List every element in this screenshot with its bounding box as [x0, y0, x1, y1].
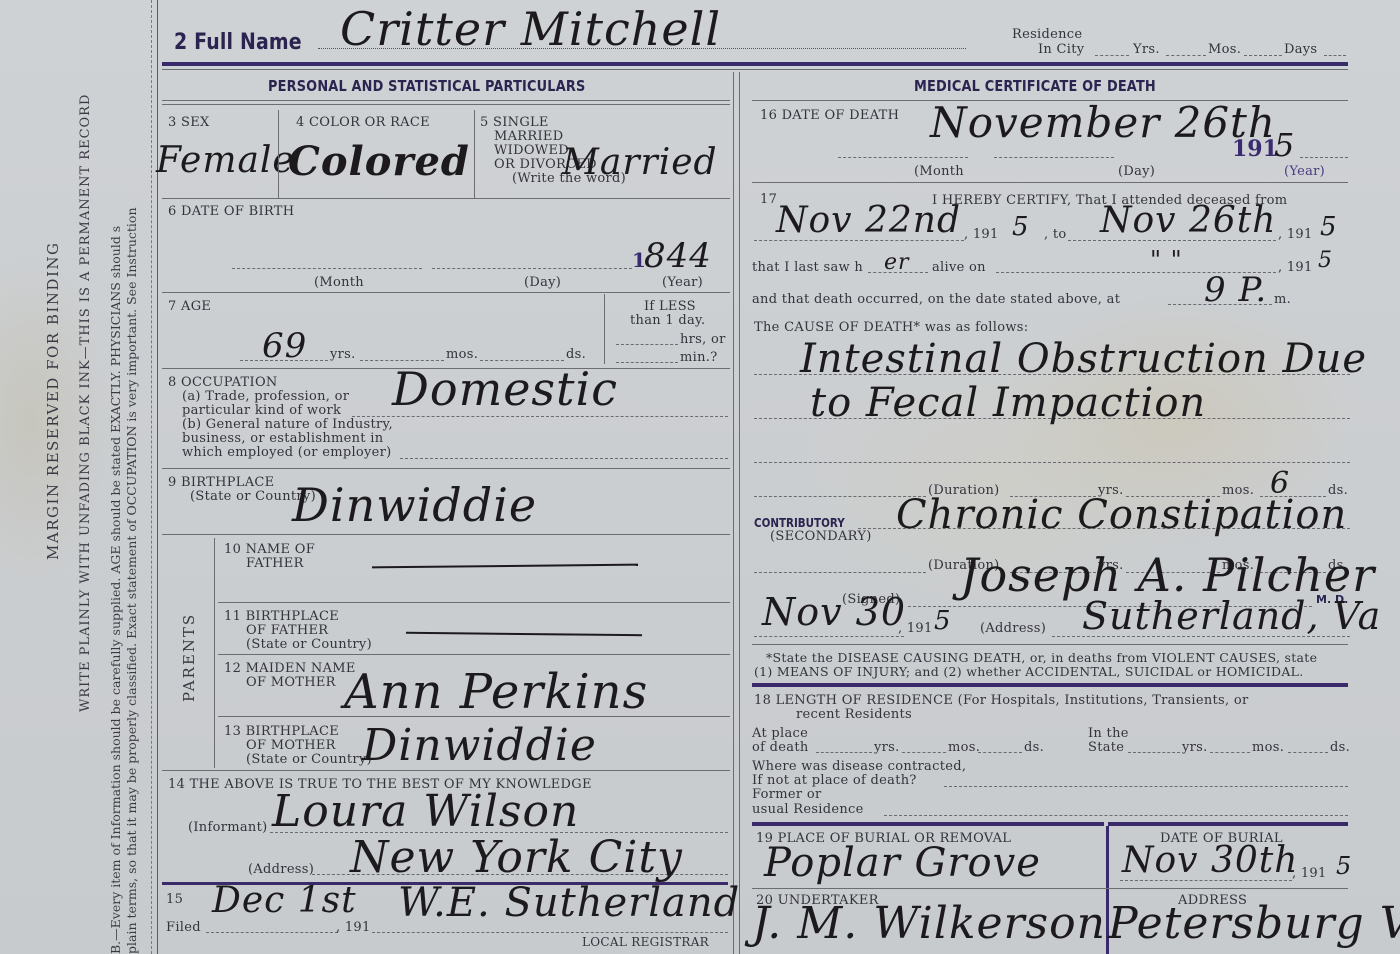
dod-month-line: [838, 157, 968, 158]
death-certificate-page: MARGIN RESERVED FOR BINDING WRITE PLAINL…: [0, 0, 1400, 954]
undertaker-address-value[interactable]: Petersburg Va: [1108, 898, 1400, 949]
residence-label-1: 18 LENGTH OF RESIDENCE (For Hospitals, I…: [754, 694, 1249, 708]
mother-name-value[interactable]: Ann Perkins: [344, 664, 648, 720]
physician-address-label: (Address): [980, 622, 1046, 636]
cause-line-2-value[interactable]: to Fecal Impaction: [810, 380, 1206, 426]
alive-on-year-printed: , 191: [1278, 261, 1313, 275]
dod-day-caption: (Day): [1118, 165, 1155, 179]
occupation-b-1: (b) General nature of Industry,: [182, 418, 393, 432]
former-residence-label-2: usual Residence: [752, 803, 864, 817]
alive-on-label: alive on: [932, 261, 986, 275]
contributory-value[interactable]: Chronic Constipation: [896, 492, 1347, 538]
mother-bp-label-1: 13 BIRTHPLACE: [224, 725, 339, 739]
row6-rule: [162, 292, 730, 293]
filed-date-line: [206, 932, 338, 933]
secondary-label: (SECONDARY): [770, 530, 872, 544]
filed-year-printed: , 191: [336, 921, 371, 935]
margin-binding-note: MARGIN RESERVED FOR BINDING: [44, 242, 62, 561]
full-name-label: 2 Full Name: [174, 30, 302, 55]
occupation-label: 8 OCCUPATION: [168, 376, 278, 390]
attended-to-year-printed: , 191: [1278, 228, 1313, 242]
margin-instructions-1: B.—Every item of Information should be c…: [108, 226, 123, 954]
row10-rule: [218, 602, 730, 603]
parents-divider: [214, 538, 215, 768]
less-min-line: [616, 362, 678, 363]
column-divider-2: [739, 72, 740, 954]
at-place-ds: ds.: [1024, 741, 1044, 755]
informant-value[interactable]: Loura Wilson: [272, 786, 579, 837]
filed-label: Filed: [166, 921, 201, 935]
age-yrs-label: yrs.: [330, 348, 356, 362]
mother-name-label-1: 12 MAIDEN NAME: [224, 662, 356, 676]
contracted-label-2: If not at place of death?: [752, 774, 917, 788]
age-mos-line: [360, 360, 444, 361]
in-city-yrs-label: Yrs.: [1133, 43, 1160, 57]
mother-bp-label-2: OF MOTHER: [246, 739, 336, 753]
margin-perforation: [151, 0, 152, 954]
attended-to-label: , to: [1044, 228, 1067, 242]
row9-rule: [162, 534, 730, 535]
margin-ink-notice: WRITE PLAINLY WITH UNFADING BLACK INK—TH…: [78, 94, 93, 712]
in-city-end-line: [1324, 55, 1346, 56]
sex-label: 3 SEX: [168, 116, 210, 130]
attended-to-value[interactable]: Nov 26th: [1100, 200, 1276, 241]
residence-rule-top: [752, 683, 1348, 687]
dob-month-line: [232, 268, 422, 269]
registrar-signature[interactable]: W.E. Sutherland: [398, 880, 740, 926]
dob-day-line: [432, 268, 632, 269]
burial-year-value[interactable]: 5: [1336, 852, 1352, 880]
in-state-ds: ds.: [1330, 741, 1350, 755]
alive-on-year-value[interactable]: 5: [1318, 248, 1333, 273]
last-saw-label: that I last saw h: [752, 261, 863, 275]
race-label: 4 COLOR OR RACE: [296, 116, 430, 130]
physician-address-value[interactable]: Sutherland, Va: [1082, 594, 1381, 638]
age-less-divider: [604, 294, 605, 364]
age-value[interactable]: 69: [262, 326, 307, 366]
at-place-mos-line: [902, 752, 946, 753]
less-min-label: min.?: [680, 351, 717, 365]
informant-label: (Informant): [188, 821, 267, 835]
burial-date-value[interactable]: Nov 30th: [1122, 840, 1298, 881]
medical-section-title: MEDICAL CERTIFICATE OF DEATH: [914, 77, 1156, 95]
father-name-value[interactable]: [372, 564, 638, 569]
occupation-b-2: business, or establishment in: [182, 432, 383, 446]
last-saw-pronoun-value[interactable]: er: [884, 250, 910, 275]
in-state-mos: mos.: [1252, 741, 1284, 755]
father-name-label-1: 10 NAME OF: [224, 543, 315, 557]
father-bp-label-2: OF FATHER: [246, 624, 328, 638]
father-bp-value[interactable]: [406, 632, 642, 636]
dod-year-line: [1300, 157, 1348, 158]
burial-place-value[interactable]: Poplar Grove: [764, 840, 1041, 886]
in-city-days-line: [1244, 55, 1282, 56]
father-bp-label-3: (State or Country): [246, 638, 372, 652]
occupation-b-line: [400, 458, 728, 459]
dod-month-day-value[interactable]: November 26th: [930, 98, 1276, 147]
occupation-a-2: particular kind of work: [182, 404, 341, 418]
in-city-yrs-line: [1095, 55, 1129, 56]
death-time-suffix: m.: [1274, 293, 1291, 307]
row5-rule: [162, 198, 730, 199]
age-mos-label: mos.: [446, 348, 478, 362]
full-name-value[interactable]: Critter Mitchell: [340, 2, 721, 56]
cause-line-1-value[interactable]: Intestinal Obstruction Due: [800, 336, 1367, 382]
signed-year-printed: , 191: [898, 622, 933, 636]
occupation-a-line: [352, 416, 728, 417]
less-than-day-2: than 1 day.: [630, 314, 705, 328]
marital-label-single: 5 SINGLE: [480, 116, 549, 130]
row12-rule: [218, 716, 730, 717]
certify-number: 17: [760, 193, 777, 207]
occupation-value[interactable]: Domestic: [392, 362, 618, 416]
in-city-label: In City: [1038, 43, 1084, 57]
residence-label: Residence: [1012, 28, 1082, 42]
registrar-line: [372, 932, 728, 933]
former-residence-label-1: Former or: [752, 788, 821, 802]
attended-from-value[interactable]: Nov 22nd: [776, 200, 961, 241]
mother-bp-value[interactable]: Dinwiddie: [362, 720, 597, 771]
occupation-a-1: (a) Trade, profession, or: [182, 390, 349, 404]
signed-date-value[interactable]: Nov 30: [762, 590, 906, 634]
occupation-b-3: which employed (or employer): [182, 446, 392, 460]
row16-rule: [752, 182, 1348, 183]
mother-name-label-2: OF MOTHER: [246, 676, 336, 690]
father-name-label-2: FATHER: [246, 557, 304, 571]
in-state-ds-line: [1288, 752, 1328, 753]
row19-rule: [752, 888, 1348, 889]
birthplace-value[interactable]: Dinwiddie: [292, 478, 537, 532]
column-divider: [733, 72, 734, 954]
dod-label: 16 DATE OF DEATH: [760, 109, 899, 123]
undertaker-value[interactable]: J. M. Wilkerson: [752, 898, 1106, 949]
dod-year-value[interactable]: 5: [1274, 126, 1295, 164]
personal-rule-2: [162, 104, 730, 105]
personal-section-title: PERSONAL AND STATISTICAL PARTICULARS: [268, 77, 585, 95]
race-value[interactable]: Colored: [288, 138, 470, 185]
residence-label-2: recent Residents: [796, 708, 912, 722]
margin-instructions-2: plain terms, so that it may be properly …: [124, 208, 139, 954]
dob-year-caption: (Year): [662, 276, 703, 290]
marital-label-widowed: WIDOWED: [494, 144, 569, 158]
dob-day-caption: (Day): [524, 276, 561, 290]
race-marital-divider: [474, 110, 475, 198]
less-hrs-line: [616, 344, 678, 345]
duration-2-line-a: [754, 572, 926, 573]
age-label: 7 AGE: [168, 300, 211, 314]
filed-date-value[interactable]: Dec 1st: [212, 880, 357, 921]
in-city-mos-line: [1166, 55, 1206, 56]
in-city-mos-label: Mos.: [1208, 43, 1241, 57]
age-ds-line: [480, 360, 564, 361]
dob-year-value[interactable]: 844: [644, 236, 712, 276]
sex-race-divider: [278, 110, 279, 198]
contracted-line: [944, 786, 1348, 787]
at-place-yrs-line: [816, 752, 872, 753]
burial-rule-right: [1108, 822, 1348, 826]
father-bp-label-1: 11 BIRTHPLACE: [224, 610, 339, 624]
dod-year-printed: 191: [1232, 136, 1278, 162]
in-state-yrs-line: [1128, 752, 1180, 753]
row13-rule: [162, 770, 730, 771]
former-residence-line: [884, 815, 1348, 816]
footnote-2: (1) MEANS OF INJURY; and (2) whether ACC…: [754, 665, 1304, 679]
dod-month-caption: (Month: [914, 165, 964, 179]
dod-day-line: [994, 157, 1114, 158]
sex-value[interactable]: Female: [156, 140, 295, 181]
personal-rule-1: [162, 100, 730, 101]
death-time-value[interactable]: 9 P.: [1204, 270, 1267, 310]
at-place-ds-line: [978, 752, 1022, 753]
marital-label-married: MARRIED: [494, 130, 563, 144]
contributory-label: CONTRIBUTORY: [754, 516, 845, 530]
birthplace-label: 9 BIRTHPLACE: [168, 476, 274, 490]
less-hrs-label: hrs, or: [680, 333, 726, 347]
registrar-label: LOCAL REGISTRAR: [582, 935, 709, 949]
signed-rule: [752, 644, 1348, 645]
marital-value[interactable]: Married: [562, 142, 718, 183]
cause-label: The CAUSE OF DEATH* was as follows:: [754, 321, 1028, 335]
age-ds-label: ds.: [566, 348, 586, 362]
signed-year-value[interactable]: 5: [934, 606, 952, 636]
contracted-label-1: Where was disease contracted,: [752, 760, 966, 774]
informant-address-value[interactable]: New York City: [350, 832, 683, 883]
in-state-mos-line: [1210, 752, 1250, 753]
at-place-label-1: At place: [752, 727, 808, 741]
informant-address-label: (Address): [248, 863, 314, 877]
attended-from-year-printed: , 191: [964, 228, 999, 242]
header-rule-thin: [162, 69, 1348, 70]
header-rule: [162, 62, 1348, 66]
in-state-label-2: State: [1088, 741, 1124, 755]
row11-rule: [218, 654, 730, 655]
cause-line-3: [754, 462, 1350, 463]
in-state-yrs: yrs.: [1182, 741, 1208, 755]
burial-rule-left: [752, 822, 1104, 826]
parents-label: PARENTS: [180, 613, 198, 702]
at-place-yrs: yrs.: [874, 741, 900, 755]
in-state-label-1: In the: [1088, 727, 1129, 741]
attended-from-year-value[interactable]: 5: [1012, 212, 1030, 242]
footnote-1: *State the DISEASE CAUSING DEATH, or, in…: [766, 651, 1317, 665]
burial-year-printed: , 191: [1292, 867, 1327, 881]
dob-label: 6 DATE OF BIRTH: [168, 205, 294, 219]
dob-month-caption: (Month: [314, 276, 364, 290]
death-time-label: and that death occurred, on the date sta…: [752, 293, 1120, 307]
filed-number: 15: [166, 893, 183, 907]
in-city-days-label: Days: [1284, 43, 1317, 57]
at-place-label-2: of death: [752, 741, 809, 755]
mother-bp-label-3: (State or Country): [246, 753, 372, 767]
row8-rule: [162, 468, 730, 469]
attended-to-year-value[interactable]: 5: [1320, 212, 1338, 242]
at-place-mos: mos.: [948, 741, 980, 755]
signed-date-line: [754, 636, 904, 637]
dod-year-caption: (Year): [1284, 165, 1325, 179]
less-than-day-1: If LESS: [644, 300, 696, 314]
alive-on-value[interactable]: " ": [1150, 246, 1183, 274]
